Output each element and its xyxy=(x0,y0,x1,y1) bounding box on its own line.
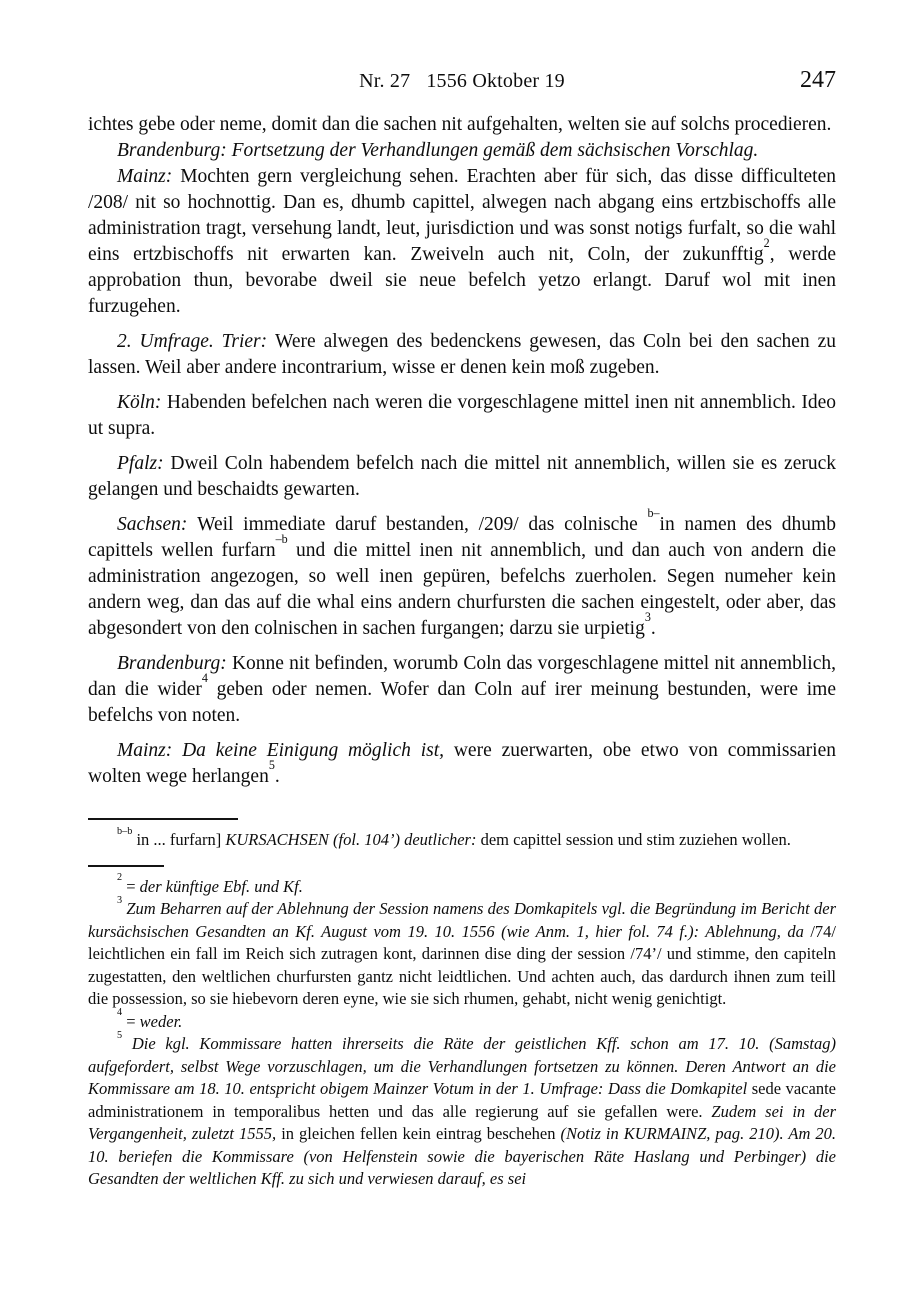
text-segment: in gleichen fellen kein eintrag beschehe… xyxy=(281,1124,560,1143)
footnote-separator-rule xyxy=(88,865,164,867)
footnote-marker: 4 xyxy=(202,671,208,685)
text-paragraph: Sachsen: Weil immediate daruf bestanden,… xyxy=(88,512,836,642)
text-segment: dem capittel session und stim zuziehen w… xyxy=(481,830,791,849)
apparatus-separator-rule xyxy=(88,818,238,820)
footnote: 2 = der künftige Ebf. und Kf. xyxy=(88,876,836,899)
footnote: 5 Die kgl. Kommissare hatten ihrerseits … xyxy=(88,1033,836,1191)
text-segment: = xyxy=(122,877,140,896)
text-segment: Mochten gern vergleichung sehen. Erachte… xyxy=(88,166,836,265)
footnote-marker: 2 xyxy=(764,236,770,250)
text-paragraph: Brandenburg: Konne nit befinden, worumb … xyxy=(88,651,836,729)
footnote-marker: b–b xyxy=(117,826,132,837)
italic-text-segment: Köln: xyxy=(117,392,167,413)
text-paragraph: Mainz: Da keine Einigung möglich ist, we… xyxy=(88,738,836,790)
italic-text-segment: Die kgl. Kommissare hatten ihrerseits di… xyxy=(88,1034,836,1098)
italic-text-segment: Sachsen: xyxy=(117,514,197,535)
text-segment: = xyxy=(122,1012,140,1031)
main-text: ichtes gebe oder neme, domit dan die sac… xyxy=(88,112,836,790)
footnote-marker: 4 xyxy=(117,1007,122,1018)
text-paragraph: Mainz: Mochten gern vergleichung sehen. … xyxy=(88,164,836,320)
italic-text-segment: Brandenburg: Fortsetzung der Verhandlung… xyxy=(117,140,758,161)
text-segment: in ... furfarn] xyxy=(132,830,225,849)
footnote-marker: 5 xyxy=(117,1030,122,1041)
doc-number: Nr. 27 xyxy=(359,70,410,92)
footnotes: 2 = der künftige Ebf. und Kf.3 Zum Behar… xyxy=(88,876,836,1191)
footnote: 3 Zum Beharren auf der Ablehnung der Ses… xyxy=(88,898,836,1011)
footnote-marker: 3 xyxy=(645,610,651,624)
footnote-marker: 5 xyxy=(269,758,275,772)
italic-text-segment: Mainz: Da keine Einigung möglich ist, xyxy=(117,740,454,761)
text-segment: Habenden befelchen nach weren die vorges… xyxy=(88,392,836,439)
italic-text-segment: Brandenburg: xyxy=(117,653,232,674)
page-number: 247 xyxy=(800,67,836,94)
italic-text-segment: Zum Beharren auf der Ablehnung der Sessi… xyxy=(88,899,836,941)
text-paragraph: ichtes gebe oder neme, domit dan die sac… xyxy=(88,112,836,138)
header-date: 1556 Oktober 19 xyxy=(426,70,565,92)
footnote-marker: b– xyxy=(647,506,659,520)
italic-text-segment: KURSACHSEN (fol. 104’) deutlicher: xyxy=(225,830,480,849)
text-paragraph: 2. Umfrage. Trier: Were alwegen des bede… xyxy=(88,329,836,381)
footnote: 4 = weder. xyxy=(88,1011,836,1034)
italic-text-segment: weder. xyxy=(140,1012,183,1031)
running-header: Nr. 271556 Oktober 19 247 xyxy=(88,70,836,100)
text-segment: Dweil Coln habendem befelch nach die mit… xyxy=(88,453,836,500)
apparatus-note: b–b in ... furfarn] KURSACHSEN (fol. 104… xyxy=(88,829,836,852)
footnote-marker: 2 xyxy=(117,872,122,883)
book-page: Nr. 271556 Oktober 19 247 ichtes gebe od… xyxy=(0,0,900,1300)
critical-apparatus: b–b in ... furfarn] KURSACHSEN (fol. 104… xyxy=(88,829,836,852)
header-title: Nr. 271556 Oktober 19 xyxy=(88,70,836,93)
italic-text-segment: der künftige Ebf. und Kf. xyxy=(140,877,303,896)
footnote-marker: –b xyxy=(276,532,288,546)
text-segment: . xyxy=(275,766,280,787)
italic-text-segment: Pfalz: xyxy=(117,453,170,474)
text-segment: . xyxy=(651,618,656,639)
text-paragraph: Pfalz: Dweil Coln habendem befelch nach … xyxy=(88,451,836,503)
text-paragraph: Brandenburg: Fortsetzung der Verhandlung… xyxy=(88,138,836,164)
italic-text-segment: Mainz: xyxy=(117,166,180,187)
text-segment: Weil immediate daruf bestanden, /209/ da… xyxy=(197,514,647,535)
text-segment: ichtes gebe oder neme, domit dan die sac… xyxy=(88,114,831,135)
footnote-marker: 3 xyxy=(117,895,122,906)
text-paragraph: Köln: Habenden befelchen nach weren die … xyxy=(88,390,836,442)
italic-text-segment: 2. Umfrage. Trier: xyxy=(117,331,275,352)
